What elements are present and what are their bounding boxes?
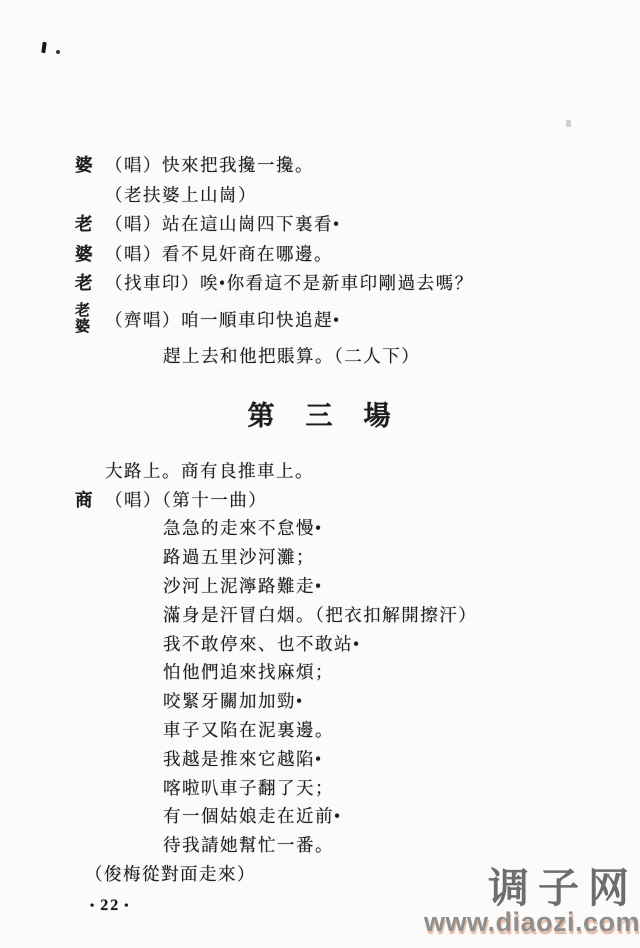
script-block-top: 婆（唱）快來把我攙一攙。（老扶婆上山崗）老（唱）站在這山崗四下裏看•婆（唱）看不… <box>0 150 640 370</box>
line-text: 路過五里沙河灘； <box>163 544 315 569</box>
watermark: 调子网 www.diaozi.com <box>424 867 640 936</box>
line-text: 有一個姑娘走在近前• <box>163 803 342 828</box>
script-line: 急急的走來不怠慢• <box>0 514 640 543</box>
script-line: 我越是推來它越陷• <box>0 744 640 773</box>
script-block-bottom: 大路上。商有良推車上。商（唱）（第十一曲）急急的走來不怠慢•路過五里沙河灘；沙河… <box>0 456 640 888</box>
line-text: 滿身是汗冒白烟。（把衣扣解開擦汗） <box>163 602 477 627</box>
ink-speck <box>41 42 46 53</box>
line-text: 怕他們追來找麻煩； <box>163 659 334 684</box>
page-number-value: 22 <box>100 897 120 914</box>
script-line: 商（唱）（第十一曲） <box>0 485 640 514</box>
line-text: （老扶婆上山崗） <box>105 182 257 207</box>
line-text: （找車印）唉•你看這不是新車印剛過去嗎？ <box>105 270 474 295</box>
line-text: 喀啦叭車子翻了天； <box>163 775 334 800</box>
watermark-site-name: 调子网 <box>424 867 638 909</box>
script-line: 沙河上泥濘路難走• <box>0 571 640 600</box>
script-line: 路過五里沙河灘； <box>0 542 640 571</box>
line-text: 急急的走來不怠慢• <box>163 515 323 540</box>
line-text: 待我請她幫忙一番。 <box>163 832 334 857</box>
line-text: （唱）快來把我攙一攙。 <box>105 152 314 177</box>
script-line: 趕上去和他把賬算。（二人下） <box>0 341 640 371</box>
line-text: 趕上去和他把賬算。（二人下） <box>163 343 420 368</box>
scanned-book-page: 婆（唱）快來把我攙一攙。（老扶婆上山崗）老（唱）站在這山崗四下裏看•婆（唱）看不… <box>0 0 640 948</box>
script-line: 婆（唱）看不見奸商在哪邊。 <box>0 239 640 269</box>
scene-heading: 第 三 場 <box>0 394 640 433</box>
speaker-label: 婆 <box>75 152 105 177</box>
ink-speck <box>56 50 60 54</box>
line-text: 咬緊牙關加加勁• <box>163 688 304 713</box>
script-line: 怕他們追來找麻煩； <box>0 658 640 687</box>
script-line: 有一個姑娘走在近前• <box>0 802 640 831</box>
ink-speck <box>566 120 571 127</box>
line-text: （俊梅從對面走來） <box>85 861 256 886</box>
script-line: 待我請她幫忙一番。 <box>0 830 640 859</box>
speaker-label: 老婆 <box>75 303 105 335</box>
script-line: 喀啦叭車子翻了天； <box>0 773 640 802</box>
line-text: 車子又陷在泥裏邊。 <box>163 717 334 742</box>
page-number-dot: • <box>120 898 134 912</box>
script-line: 老婆（齊唱）咱一順車印快追趕• <box>0 298 640 341</box>
line-text: （齊唱）咱一順車印快追趕• <box>105 307 341 332</box>
line-text: （唱）看不見奸商在哪邊。 <box>105 241 333 266</box>
speaker-label: 婆 <box>75 241 105 266</box>
line-text: （唱）（第十一曲） <box>105 487 267 512</box>
page-number-dot: • <box>86 898 100 912</box>
script-line: 車子又陷在泥裏邊。 <box>0 715 640 744</box>
line-text: （唱）站在這山崗四下裏看• <box>105 211 341 236</box>
speaker-label: 老 <box>75 211 105 236</box>
line-text: 大路上。商有良推車上。 <box>105 458 314 483</box>
page-number: •22• <box>86 897 134 915</box>
script-line: 老（找車印）唉•你看這不是新車印剛過去嗎？ <box>0 268 640 298</box>
script-line: 我不敢停來、也不敢站• <box>0 629 640 658</box>
speaker-label: 老 <box>75 270 105 295</box>
script-line: 婆（唱）快來把我攙一攙。 <box>0 150 640 180</box>
script-line: 滿身是汗冒白烟。（把衣扣解開擦汗） <box>0 600 640 629</box>
script-line: 咬緊牙關加加勁• <box>0 686 640 715</box>
speaker-label: 商 <box>75 487 105 512</box>
script-line: （老扶婆上山崗） <box>0 180 640 210</box>
line-text: 沙河上泥濘路難走• <box>163 573 323 598</box>
line-text: 我越是推來它越陷• <box>163 746 323 771</box>
line-text: 我不敢停來、也不敢站• <box>163 631 361 656</box>
watermark-site-url: www.diaozi.com <box>424 908 640 936</box>
script-line: 老（唱）站在這山崗四下裏看• <box>0 209 640 239</box>
script-line: 大路上。商有良推車上。 <box>0 456 640 485</box>
